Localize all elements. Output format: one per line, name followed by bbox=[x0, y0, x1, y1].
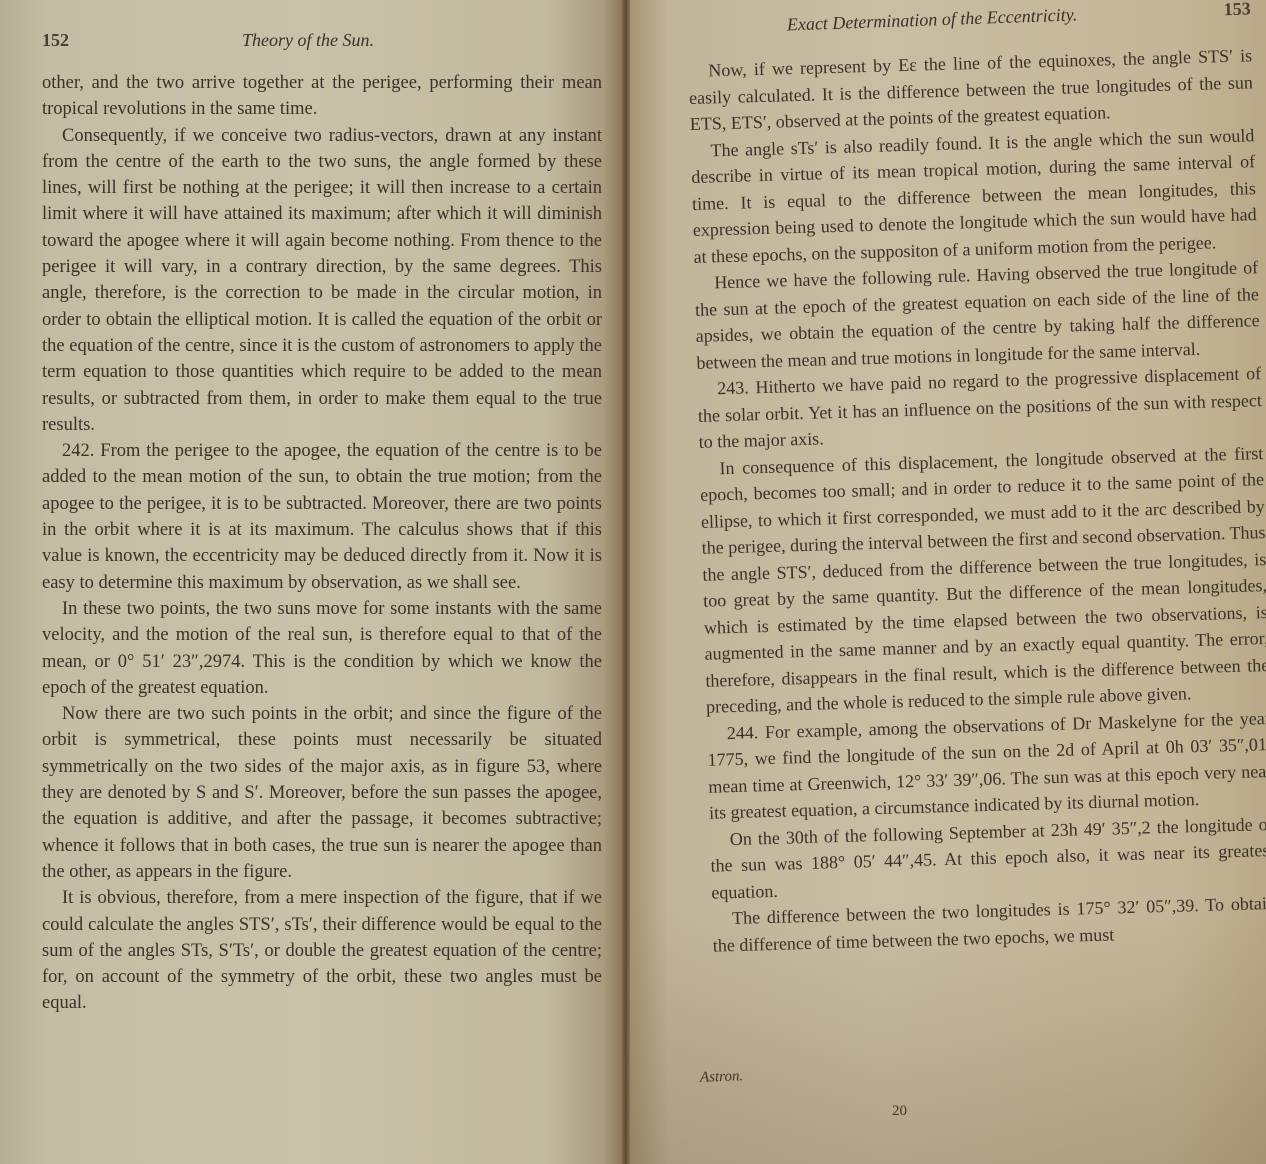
left-page: 152 Theory of the Sun. other, and the tw… bbox=[0, 0, 622, 1164]
paragraph: Hence we have the following rule. Having… bbox=[694, 254, 1261, 376]
page-number: 153 bbox=[1223, 0, 1251, 20]
open-book-spread: 152 Theory of the Sun. other, and the tw… bbox=[0, 0, 1266, 1164]
paragraph: Consequently, if we conceive two radius-… bbox=[42, 123, 602, 439]
right-page: Exact Determination of the Eccentricity.… bbox=[630, 0, 1266, 1164]
paragraph: The angle sTs′ is also readily found. It… bbox=[690, 122, 1257, 270]
running-title: Theory of the Sun. bbox=[242, 30, 374, 51]
paragraph: In consequence of this displacement, the… bbox=[699, 440, 1266, 721]
signature-mark: Astron. bbox=[700, 1068, 744, 1086]
paragraph: On the 30th of the following September a… bbox=[709, 810, 1266, 905]
running-title: Exact Determination of the Eccentricity. bbox=[787, 4, 1078, 35]
signature-number: 20 bbox=[892, 1103, 907, 1120]
right-body-text: Now, if we represent by Eε the line of t… bbox=[688, 42, 1266, 958]
paragraph: In these two points, the two suns move f… bbox=[42, 596, 602, 701]
paragraph: Now there are two such points in the orb… bbox=[42, 701, 602, 885]
paragraph: It is obvious, therefore, from a mere in… bbox=[42, 885, 602, 1016]
left-running-head: 152 Theory of the Sun. bbox=[42, 30, 602, 70]
paragraph: 242. From the perigee to the apogee, the… bbox=[42, 438, 602, 596]
paragraph: 244. For example, among the observations… bbox=[706, 704, 1266, 826]
page-number: 152 bbox=[42, 30, 242, 51]
book-gutter bbox=[622, 0, 630, 1164]
left-body-text: other, and the two arrive together at th… bbox=[42, 70, 602, 1017]
paragraph: other, and the two arrive together at th… bbox=[42, 70, 602, 123]
